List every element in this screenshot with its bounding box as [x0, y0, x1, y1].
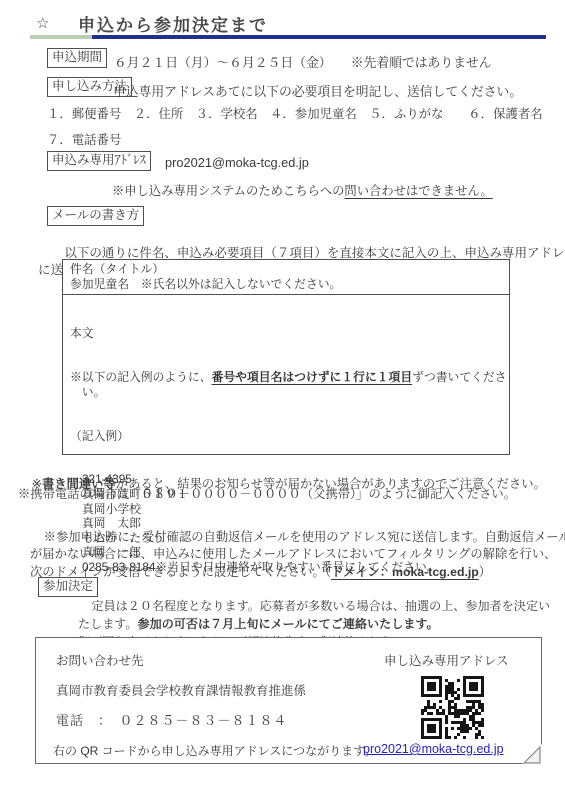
- mail-intro-underlined: （７項目）を直接本文に記入の上: [264, 246, 452, 260]
- mail-body-note: ※以下の記入例のように、番号や項目名はつけずに１行に１項目ずつ書いてくださ い。: [70, 370, 502, 399]
- folded-corner: [521, 743, 543, 765]
- mail-example-box: 件名（タイトル） 参加児童名 ※氏名以外は記入しないでください。 本文 ※以下の…: [62, 259, 510, 455]
- label-application-period: 申込期間: [47, 48, 107, 68]
- title-rule-blue: [92, 35, 546, 39]
- title-star-icon: ☆: [36, 14, 49, 32]
- contact-heading: お問い合わせ先: [56, 651, 144, 669]
- contact-phone: 電話 ： ０２８５－８３－８１８４: [56, 710, 288, 729]
- mail-body-note-pre: ※以下の記入例のように、: [70, 370, 212, 384]
- qr-note: 右の QR コードから申し込み専用アドレスにつながります。: [53, 742, 376, 759]
- mail-example-label: （記入例）: [70, 429, 502, 444]
- contact-organization: 真岡市教育委員会学校教育課情報教育推進係: [56, 681, 306, 699]
- mail-subject-value: 参加児童名 ※氏名以外は記入しないでください。: [70, 277, 502, 292]
- document-page: ☆ 申込から参加決定まで 申込期間 ６月２１日（月）～６月２５日（金） ※先着順…: [0, 0, 565, 800]
- label-mail-howto: メールの書き方: [47, 206, 144, 226]
- mail-body-note-emphasis: 番号や項目名はつけずに１行に１項目: [212, 370, 413, 384]
- contact-box: お問い合わせ先 申し込み専用アドレス 真岡市教育委員会学校教育課情報教育推進係 …: [35, 637, 542, 764]
- note3-domain: ドメイン：moka-tcg.ed.jp: [331, 565, 479, 579]
- note3-close: ）: [479, 565, 491, 579]
- mail-subject-section: 件名（タイトル） 参加児童名 ※氏名以外は記入しないでください。: [63, 260, 509, 295]
- system-note-text: ※申し込み専用システムのためこちらへの: [112, 184, 344, 198]
- required-items-line1: １．郵便番号 ２．住所 ３．学校名 ４．参加児童名 ５．ふりがな ６．保護者名: [47, 104, 543, 122]
- title-rule-green: [30, 35, 92, 39]
- application-email-link[interactable]: pro2021@moka-tcg.ed.jp: [363, 742, 504, 756]
- application-period-value: ６月２１日（月）～６月２５日（金） ※先着順ではありません: [114, 52, 492, 71]
- application-email-value: pro2021@moka-tcg.ed.jp: [165, 155, 309, 170]
- system-note-underlined: 問い合わせはできません。: [344, 184, 492, 198]
- qr-heading: 申し込み専用アドレス: [384, 651, 509, 669]
- mail-subject-label: 件名（タイトル）: [70, 262, 502, 277]
- application-method-value: 申込専用アドレスあてに以下の必要項目を明記し、送信してください。: [113, 81, 522, 100]
- required-items-line2: ７．電話番号: [47, 130, 121, 148]
- mail-intro-pre: 以下の通りに件名、申込み必要項目: [52, 246, 265, 260]
- mail-body-label: 本文: [70, 326, 502, 341]
- qr-code: [421, 676, 484, 739]
- system-note: ※申し込み専用システムのためこちらへの問い合わせはできません。: [112, 183, 493, 201]
- page-title: 申込から参加決定まで: [78, 11, 268, 36]
- decision-text-bold: 参加の可否は７月上旬にメールにてご連絡いたします。: [138, 617, 439, 631]
- label-application-address: 申込み専用ｱﾄﾞﾚｽ: [47, 151, 151, 171]
- note-mobile-phone: ※携帯電話の場合は「０８０－００００－００００（父携帯）」のように御記入ください…: [18, 486, 516, 504]
